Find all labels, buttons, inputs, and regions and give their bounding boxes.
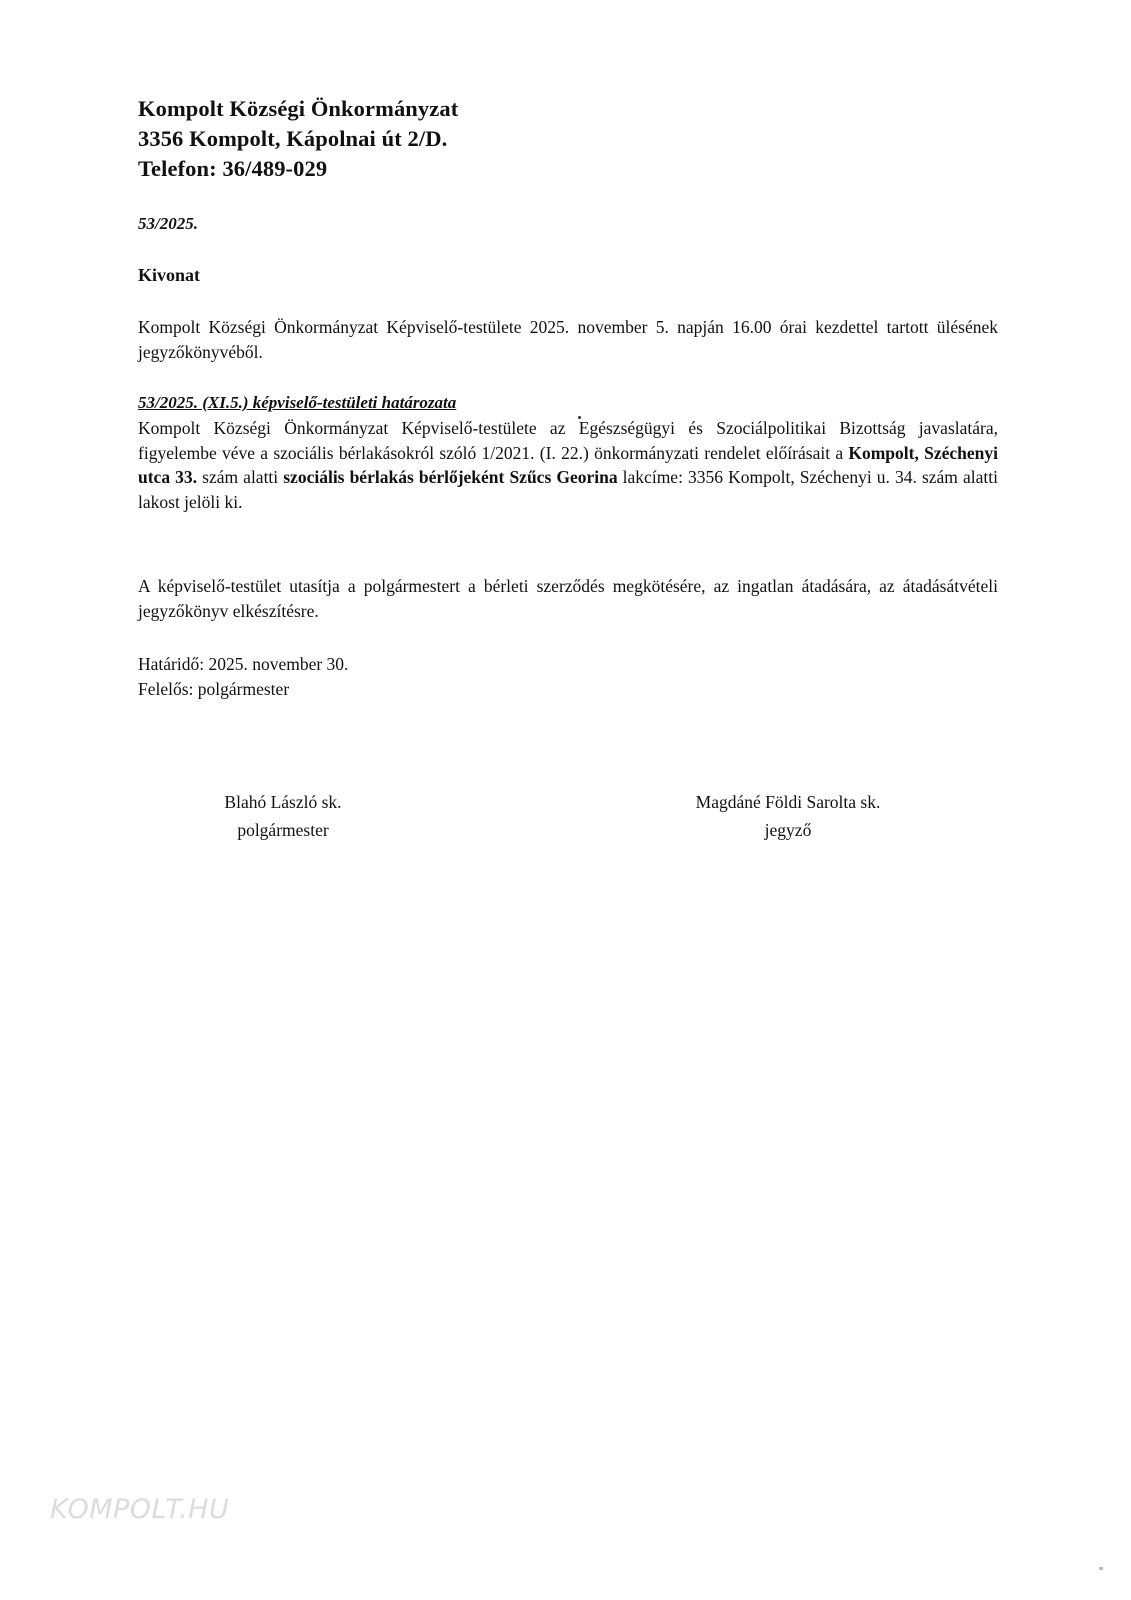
document-type-heading: Kivonat bbox=[138, 265, 200, 286]
signatory-title: polgármester bbox=[208, 816, 358, 844]
letterhead: Kompolt Községi Önkormányzat 3356 Kompol… bbox=[138, 94, 458, 184]
deadline-block: Határidő: 2025. november 30. Felelős: po… bbox=[138, 652, 348, 701]
signature-notary: Magdáné Földi Sarolta sk. jegyző bbox=[668, 788, 908, 844]
intro-paragraph: Kompolt Községi Önkormányzat Képviselő-t… bbox=[138, 315, 998, 364]
resolution-text-2: szám alatti bbox=[197, 467, 283, 487]
signatory-name: Blahó László sk. bbox=[208, 788, 358, 816]
organization-phone: Telefon: 36/489-029 bbox=[138, 154, 458, 184]
scan-artifact bbox=[1099, 1567, 1103, 1570]
document-page: Kompolt Községi Önkormányzat 3356 Kompol… bbox=[0, 0, 1131, 1600]
organization-address: 3356 Kompolt, Kápolnai út 2/D. bbox=[138, 124, 458, 154]
signatory-name: Magdáné Földi Sarolta sk. bbox=[668, 788, 908, 816]
signatory-title: jegyző bbox=[668, 816, 908, 844]
signature-mayor: Blahó László sk. polgármester bbox=[208, 788, 358, 844]
deadline: Határidő: 2025. november 30. bbox=[138, 652, 348, 677]
responsible-person: Felelős: polgármester bbox=[138, 677, 348, 702]
resolution-body: Kompolt Községi Önkormányzat Képviselő-t… bbox=[138, 416, 998, 514]
site-watermark: KOMPOLT.HU bbox=[50, 1494, 229, 1525]
organization-name: Kompolt Községi Önkormányzat bbox=[138, 94, 458, 124]
tenant-designation: szociális bérlakás bérlőjeként Szűcs Geo… bbox=[283, 467, 617, 487]
instruction-paragraph: A képviselő-testület utasítja a polgárme… bbox=[138, 574, 998, 623]
resolution-title: 53/2025. (XI.5.) képviselő-testületi hat… bbox=[138, 393, 456, 413]
document-number: 53/2025. bbox=[138, 214, 198, 234]
